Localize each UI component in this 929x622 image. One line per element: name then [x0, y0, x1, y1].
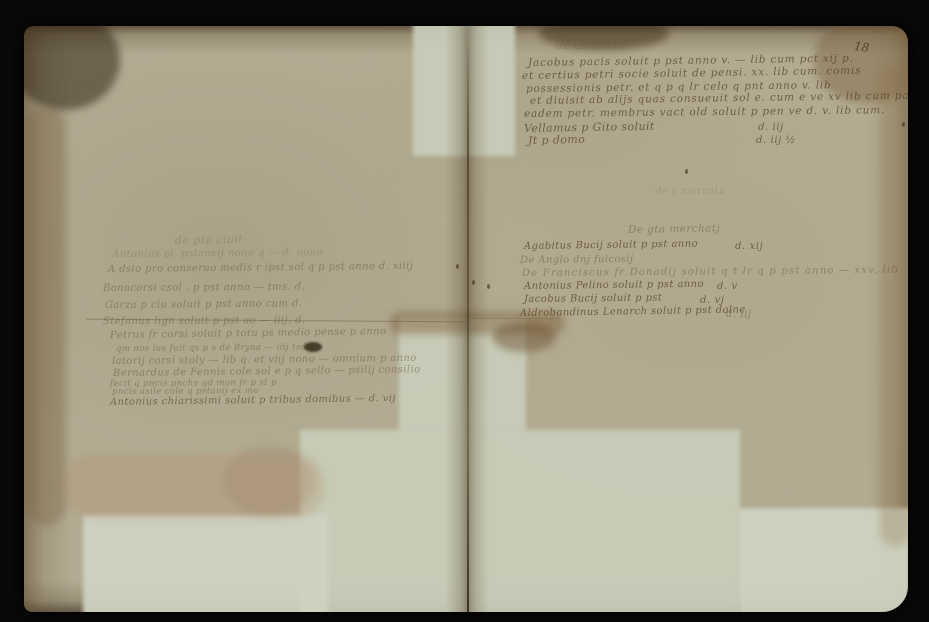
- entry-amount: d. iij: [758, 122, 784, 133]
- right-page-faint-mid-heading: de s mercatu: [655, 186, 726, 197]
- handwriting-line: A dsio pro conseruo medis r ipst sol q p…: [108, 261, 413, 275]
- list-amount: d. iij: [726, 309, 752, 320]
- handwriting-line: Garza p ciu soluit p pst anno cum d.: [105, 298, 302, 311]
- handwriting-line: qm nos ius fuit qs p s de Bryna — iiij t…: [116, 342, 307, 354]
- stain-top-left-corner: [24, 26, 120, 110]
- handwriting-line: Antonius pi. pstancij nono q — d. nono: [112, 247, 323, 260]
- handwriting-line: Bernardus de Fennis cole sol e p q sello…: [113, 364, 421, 379]
- right-page-faint-heading: de ua porta: [556, 38, 625, 52]
- list-line: Jacobus Bucij soluit p pst: [524, 293, 662, 305]
- handwriting-line: eadem petr. membrus vact old soluit p pe…: [524, 104, 885, 120]
- ink-speck: [902, 122, 905, 127]
- stain-middle-patch-blob: [492, 322, 556, 352]
- entry-label: Jt p domo: [528, 133, 585, 147]
- left-page-heading: de pte ciuit: [175, 233, 243, 247]
- stain-left-edge: [26, 106, 66, 526]
- list-amount: d. v: [717, 281, 738, 292]
- list-line: Agabitus Bucij soluit p pst anno: [524, 239, 698, 252]
- open-book: de pte ciuit Antonius pi. pstancij nono …: [24, 26, 908, 612]
- patch-bottom-left-band: [83, 515, 328, 612]
- gutter-shadow-left: [445, 26, 467, 612]
- section-heading: De gta merchatj: [628, 222, 720, 236]
- patch-bottom-center: [300, 430, 740, 612]
- list-line: Antonius Pelino soluit p pst anno: [524, 279, 704, 292]
- stain-right-edge: [880, 66, 908, 546]
- list-amount: d. xij: [735, 241, 763, 252]
- entry-amount: d. iij ½: [756, 135, 796, 146]
- handwriting-line: Bonacorsi csol . p pst anno — tms. d.: [103, 282, 305, 294]
- page-number: 18: [853, 39, 870, 55]
- manuscript-photo: de pte ciuit Antonius pi. pstancij nono …: [0, 0, 929, 622]
- list-line: Aldrobandinus Lenarch soluit p pst dolne: [520, 304, 746, 319]
- handwriting-line: Petrus fr corsi soluit p totu ps medio p…: [110, 326, 387, 341]
- list-line: De Franciscus fr Donadij soluit q t lr q…: [522, 265, 899, 279]
- stain-bottom-left-warm: [64, 454, 324, 518]
- handwriting-line: Stefanus lign soluit p pst ao — iiij. d.: [103, 315, 306, 327]
- ink-speck: [685, 169, 688, 174]
- list-line: De Anglo dnj fulcosij: [520, 254, 634, 266]
- gutter-crease: [467, 26, 469, 612]
- gutter-shadow-right: [469, 26, 489, 612]
